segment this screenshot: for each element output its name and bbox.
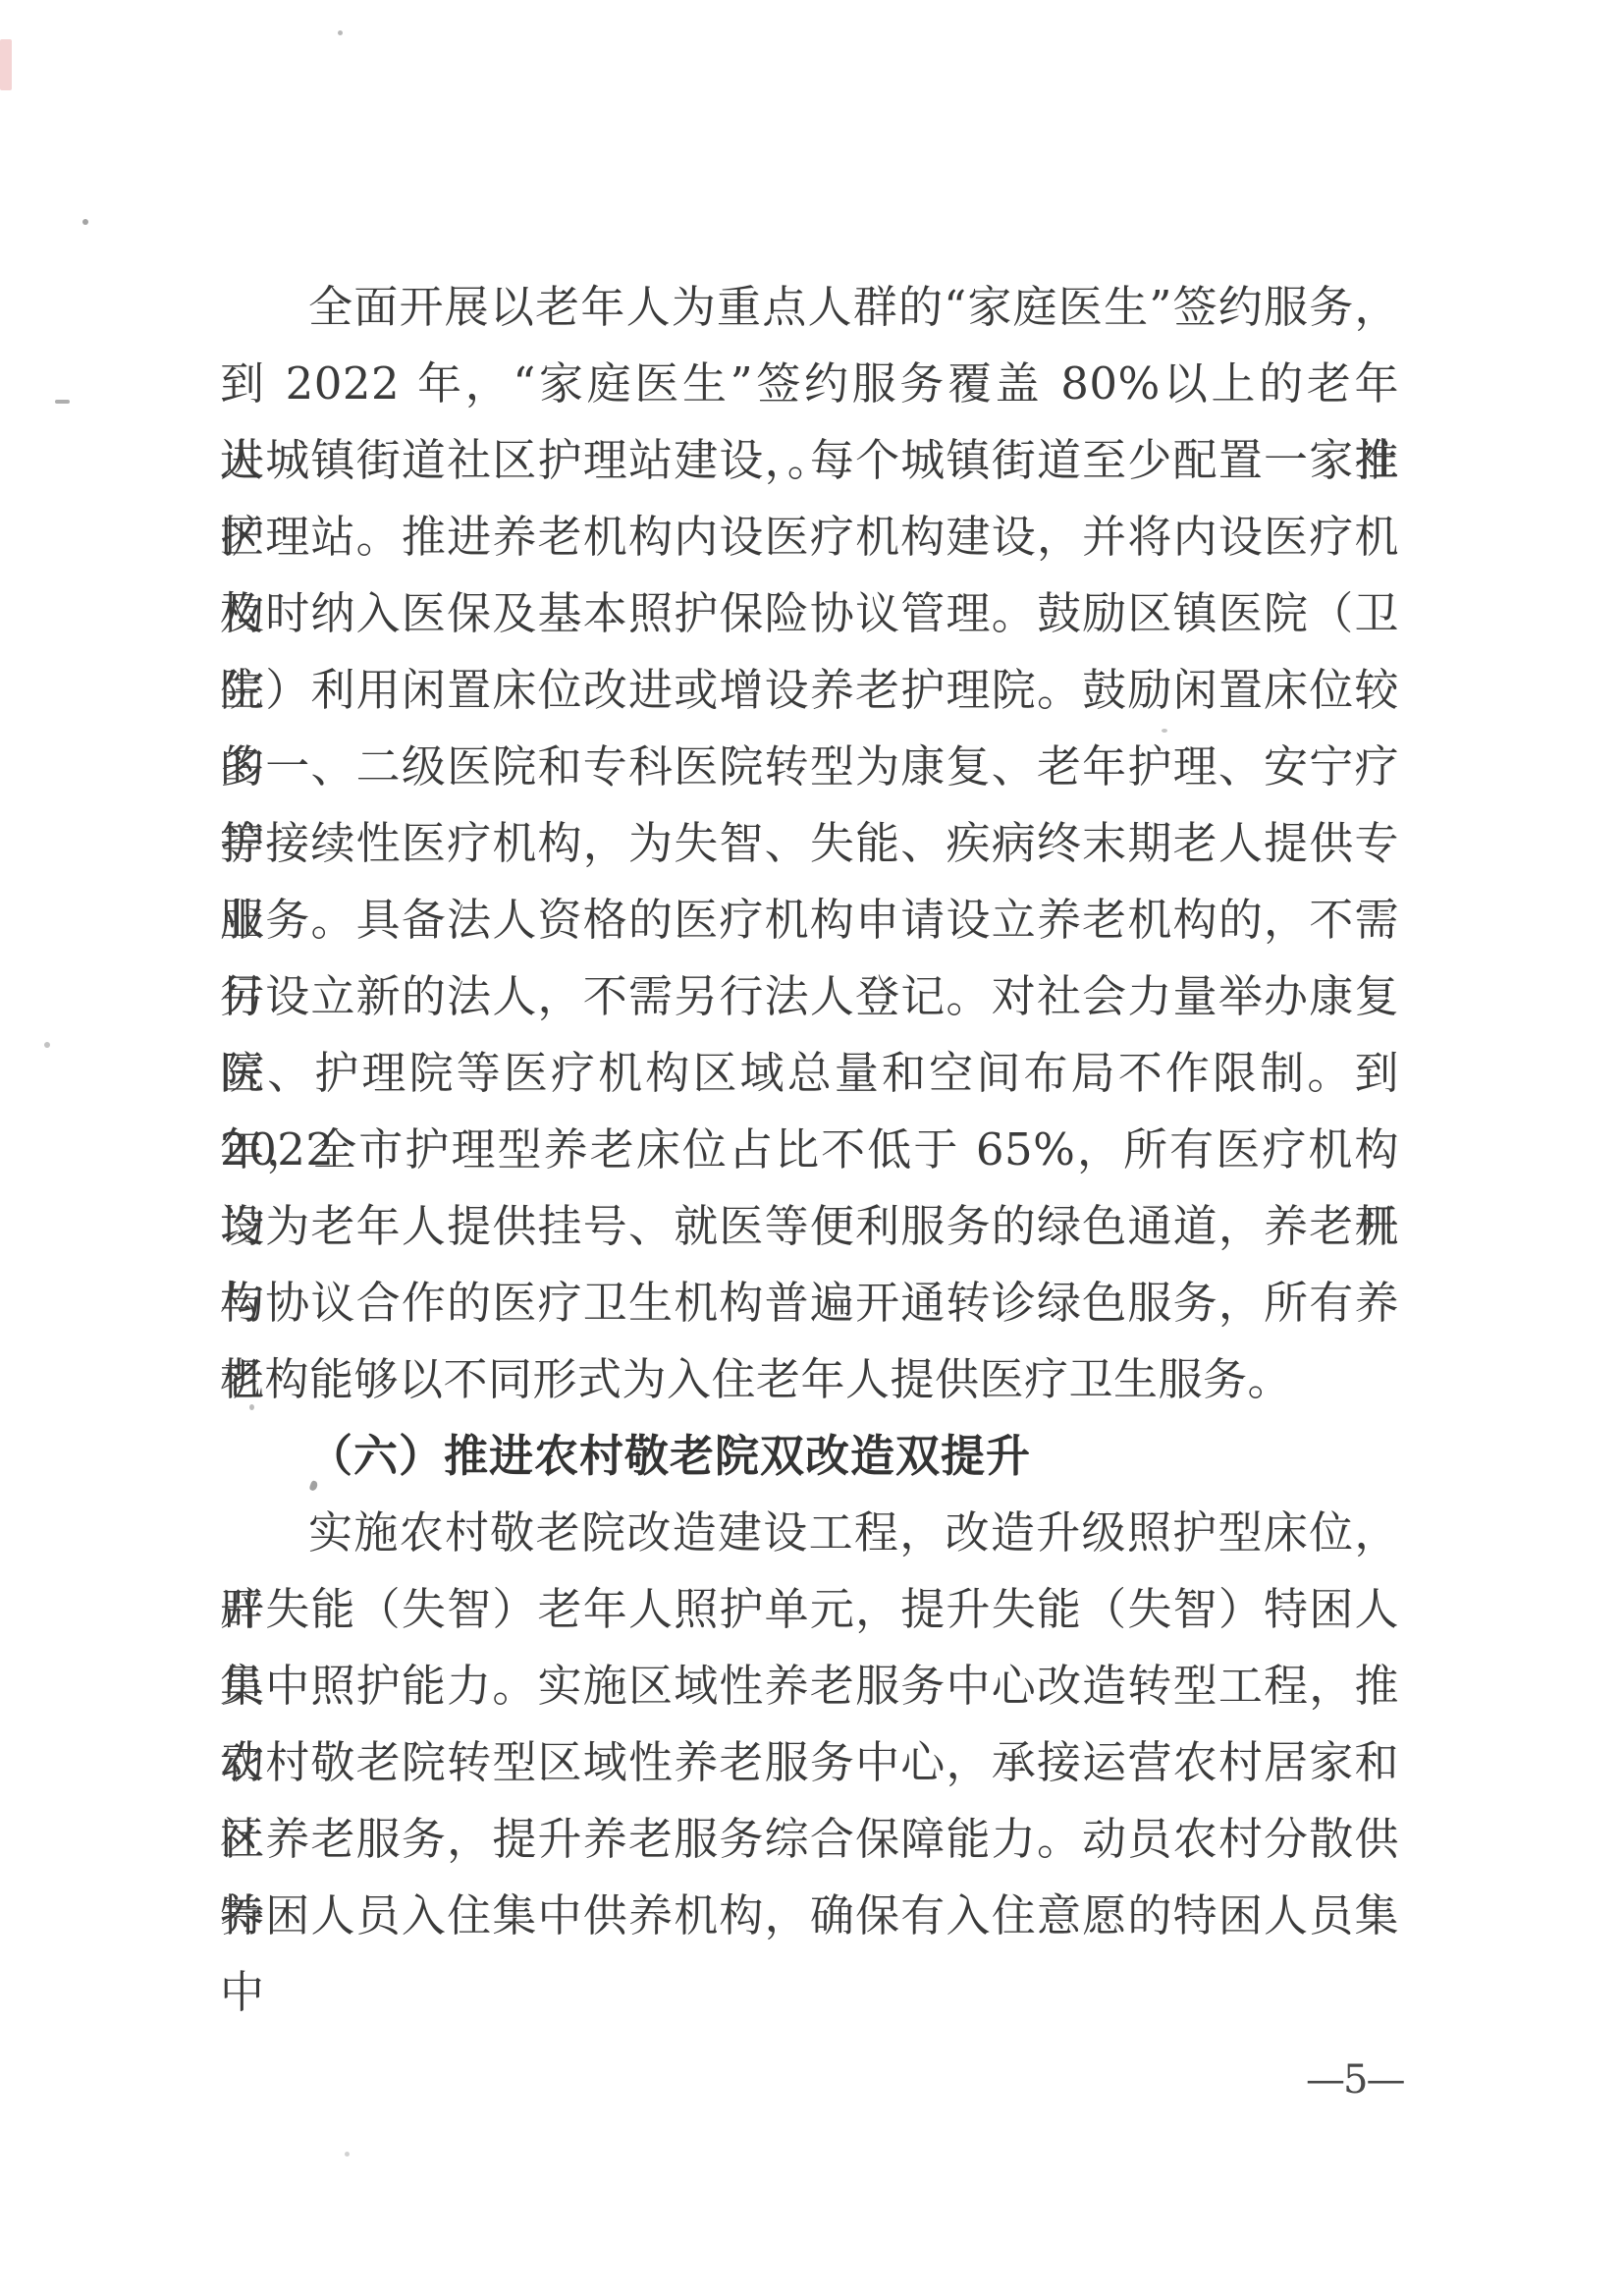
body-line: 机构能够以不同形式为入住老年人提供医疗卫生服务。	[220, 1341, 1399, 1418]
body-line: 全面开展以老年人为重点人群的“家庭医生”签约服务，	[220, 269, 1399, 346]
section-heading: （六）推进农村敬老院双改造双提升	[220, 1418, 1399, 1495]
scan-speck	[0, 39, 12, 90]
page-number: —5—	[1306, 2058, 1403, 2102]
body-line: 院、护理院等医疗机构区域总量和空间布局不作限制。到 2022	[220, 1035, 1399, 1112]
scan-speck	[1162, 729, 1167, 733]
scan-speck	[82, 219, 88, 225]
body-line: 服务。具备法人资格的医疗机构申请设立养老机构的，不需另	[220, 882, 1399, 958]
body-line: 农村敬老院转型区域性养老服务中心，承接运营农村居家和社	[220, 1724, 1399, 1801]
body-line: 与协议合作的医疗卫生机构普遍开通转诊绿色服务，所有养老	[220, 1265, 1399, 1341]
body-line: 设为老年人提供挂号、就医等便利服务的绿色通道，养老机构	[220, 1188, 1399, 1265]
body-line: 院）利用闲置床位改进或增设养老护理院。鼓励闲置床位较多	[220, 652, 1399, 729]
scan-speck	[55, 400, 70, 404]
body-line: 年，全市护理型养老床位占比不低于 65%，所有医疗机构均开	[220, 1112, 1399, 1188]
scan-speck	[338, 30, 343, 35]
body-line: 行设立新的法人，不需另行法人登记。对社会力量举办康复医	[220, 958, 1399, 1035]
body-line: 护理站。推进养老机构内设医疗机构建设，并将内设医疗机构	[220, 499, 1399, 575]
document-body: 全面开展以老年人为重点人群的“家庭医生”签约服务， 到 2022 年，“家庭医生…	[220, 269, 1399, 1954]
body-line: 特困人员入住集中供养机构，确保有入住意愿的特困人员集中	[220, 1878, 1399, 1954]
scan-speck	[249, 1404, 254, 1410]
body-line: 集中照护能力。实施区域性养老服务中心改造转型工程，推动	[220, 1648, 1399, 1724]
body-line: 等接续性医疗机构，为失智、失能、疾病终末期老人提供专业	[220, 805, 1399, 882]
body-line: 区养老服务，提升养老服务综合保障能力。动员农村分散供养	[220, 1801, 1399, 1878]
body-line: 进城镇街道社区护理站建设，每个城镇街道至少配置一家社区	[220, 422, 1399, 499]
scan-speck	[44, 1042, 50, 1048]
body-line: 到 2022 年，“家庭医生”签约服务覆盖 80%以上的老年人。推	[220, 346, 1399, 422]
body-line: 辟失能（失智）老年人照护单元，提升失能（失智）特困人员	[220, 1571, 1399, 1648]
body-line: 实施农村敬老院改造建设工程，改造升级照护型床位，开	[220, 1495, 1399, 1571]
body-line: 的一、二级医院和专科医院转型为康复、老年护理、安宁疗护	[220, 729, 1399, 805]
body-line: 及时纳入医保及基本照护保险协议管理。鼓励区镇医院（卫生	[220, 575, 1399, 652]
scan-speck	[345, 2152, 350, 2157]
scanned-document-page: 全面开展以老年人为重点人群的“家庭医生”签约服务， 到 2022 年，“家庭医生…	[0, 0, 1623, 2296]
